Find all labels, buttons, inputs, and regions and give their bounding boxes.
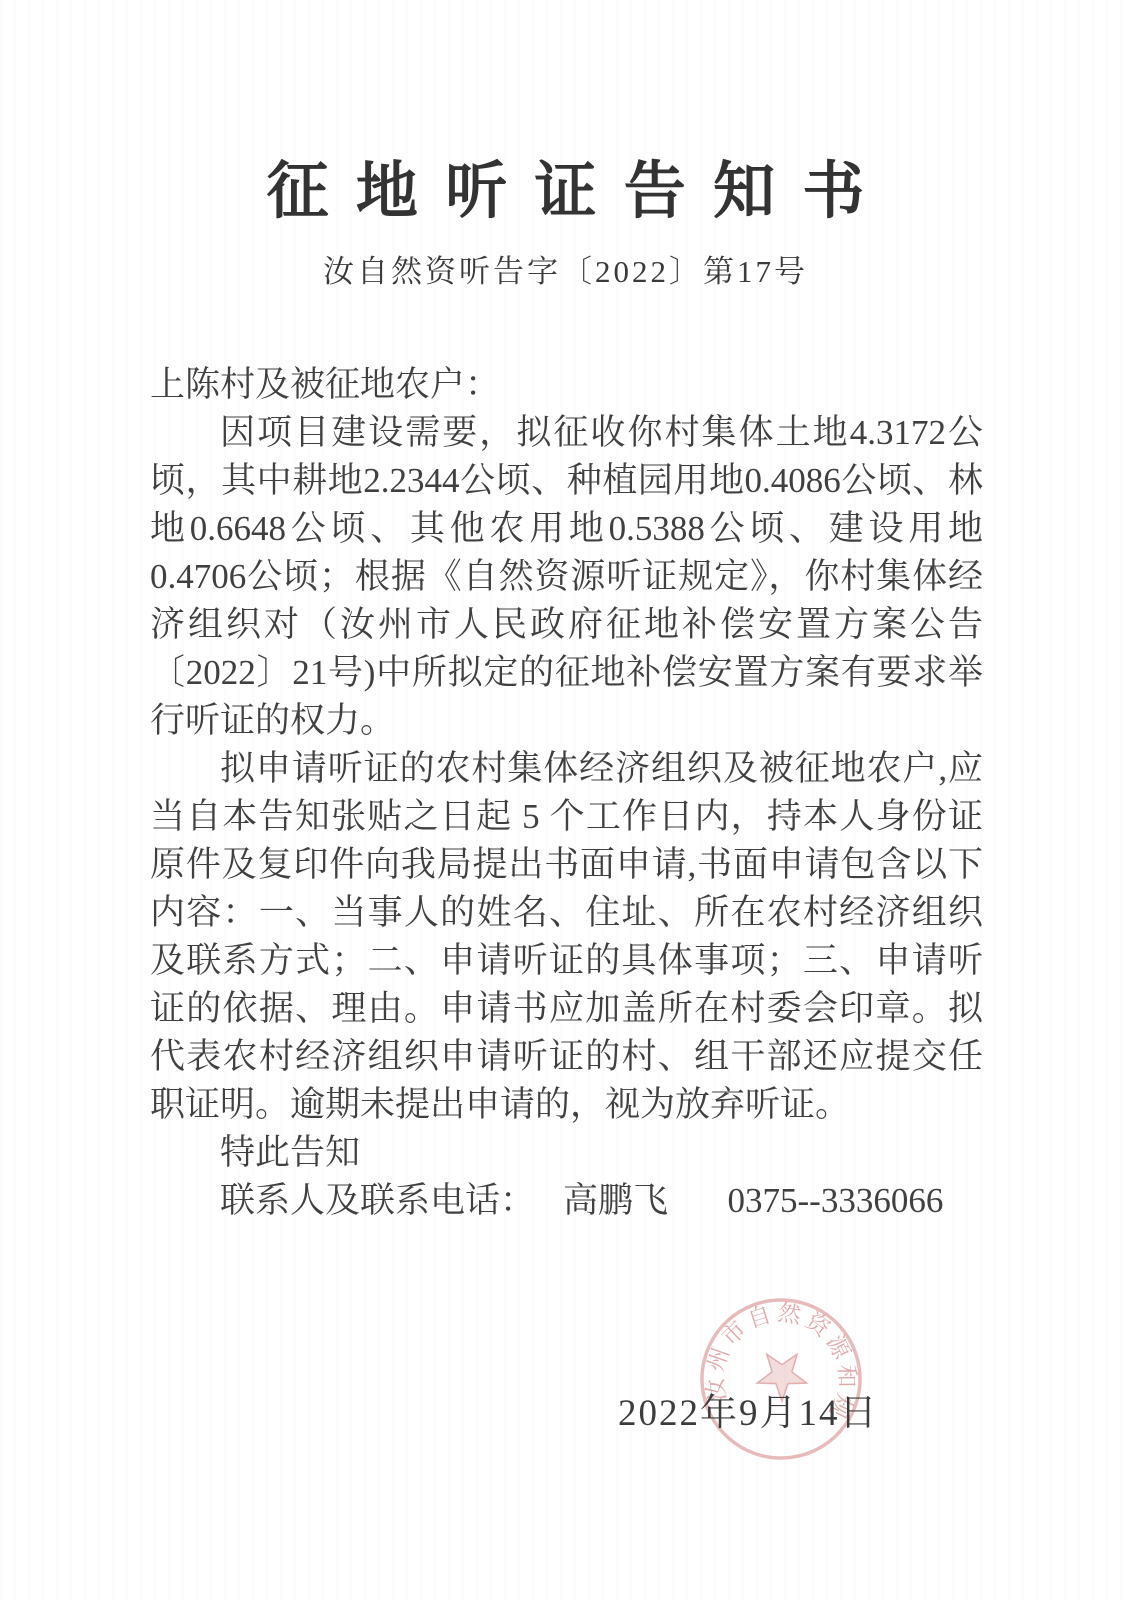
- document-number: 汝自然资听告字〔2022〕第17号: [0, 246, 1131, 291]
- contact-label: 联系人及联系电话：: [220, 1181, 535, 1220]
- notice-document-page: 征地听证告知书 汝自然资听告字〔2022〕第17号 上陈村及被征地农户： 因项目…: [0, 0, 1131, 1600]
- document-title: 征地听证告知书: [0, 0, 1131, 226]
- contact-line: 联系人及联系电话：高鹏飞0375--3336066: [150, 1177, 983, 1225]
- official-seal-graphic: 汝州市自然资源和规划局: [681, 1279, 881, 1479]
- issue-date: 2022年9月14日: [618, 1382, 879, 1436]
- contact-phone-number: 0375--3336066: [728, 1181, 944, 1220]
- document-body: 上陈村及被征地农户： 因项目建设需要，拟征收你村集体土地4.3172公顷，其中耕…: [150, 361, 983, 1225]
- paragraph-hearing-application-procedure: 拟申请听证的农村集体经济组织及被征地农户,应当自本告知张贴之日起 5 个工作日内…: [150, 745, 983, 1129]
- official-seal: 汝州市自然资源和规划局: [681, 1279, 881, 1479]
- seal-ring: [685, 1283, 877, 1475]
- contact-person-name: 高鹏飞: [563, 1181, 668, 1220]
- salutation: 上陈村及被征地农户：: [150, 361, 983, 409]
- paragraph-land-expropriation-details: 因项目建设需要，拟征收你村集体土地4.3172公顷，其中耕地2.2344公顷、种…: [150, 409, 983, 745]
- closing-phrase: 特此告知: [150, 1129, 983, 1177]
